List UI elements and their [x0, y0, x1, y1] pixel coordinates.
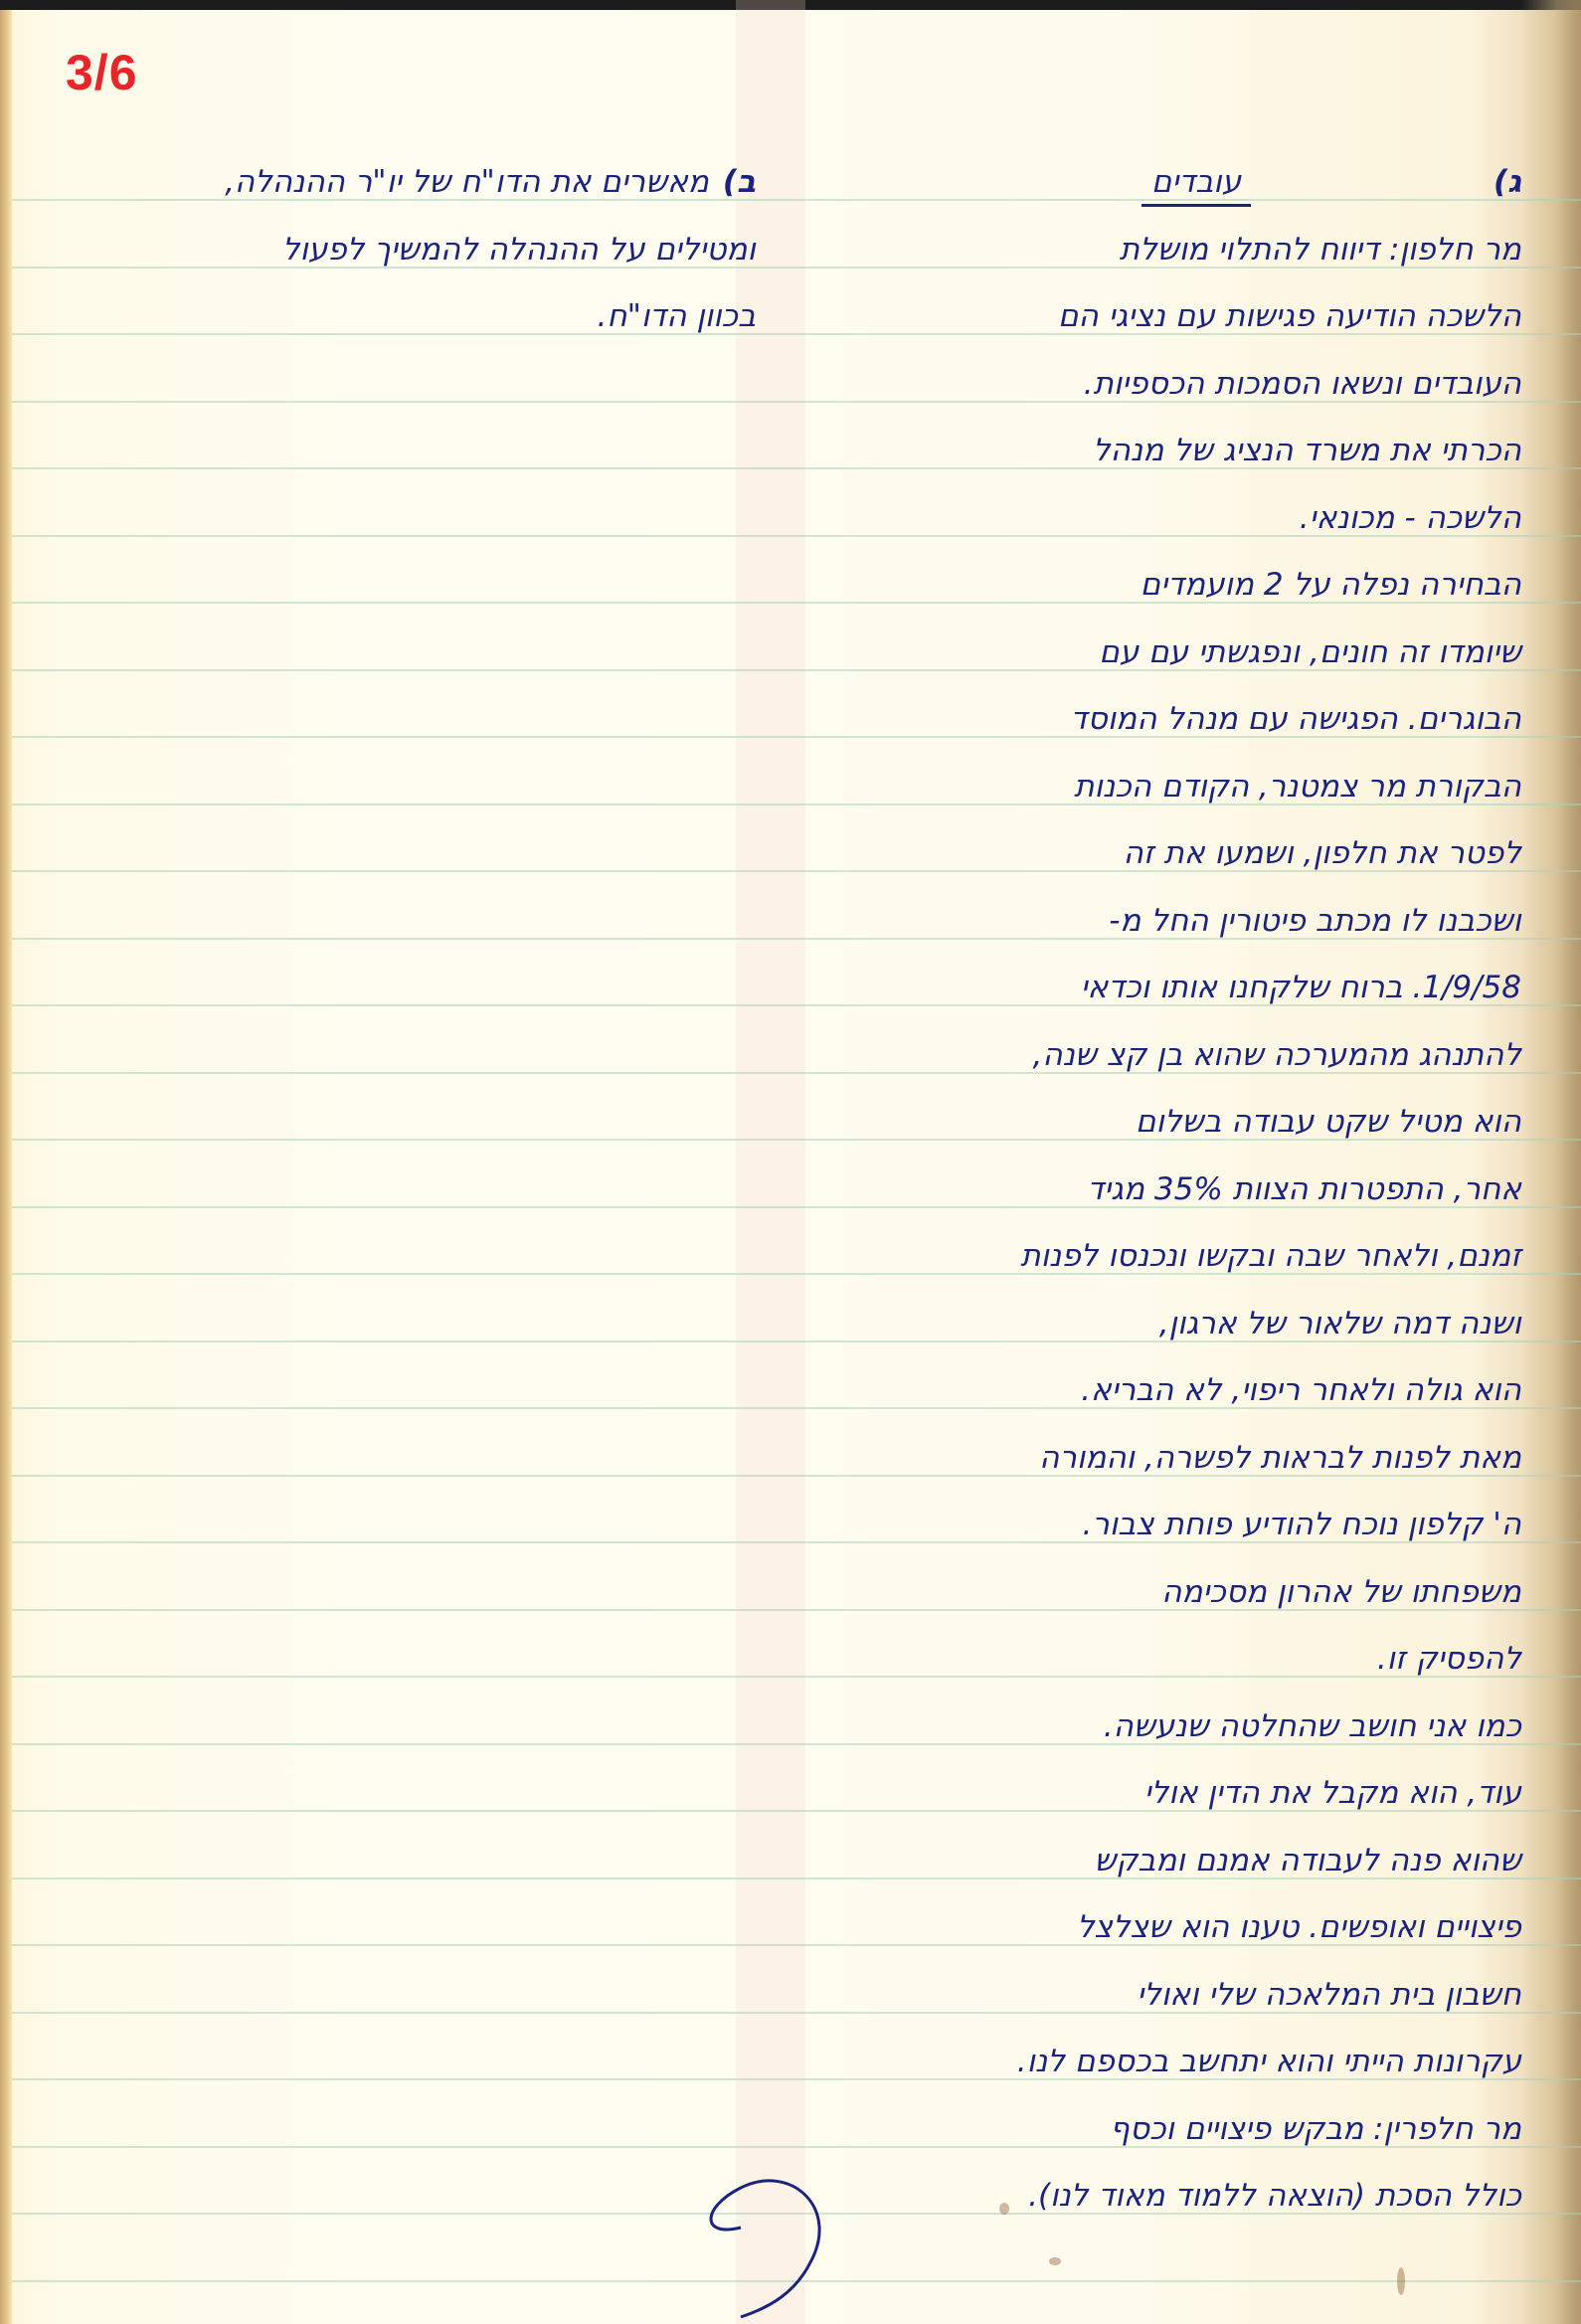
- text-line: הבקורת מר צמטנר, הקודם הכנות: [865, 754, 1521, 821]
- paper-stain: [1397, 2267, 1405, 2295]
- text-line: הוא מטיל שקט עבודה בשלום: [865, 1089, 1521, 1157]
- text-line: כולל הסכת (הוצאה ללמוד מאוד לנו).: [865, 2163, 1521, 2231]
- text-line: ב)מאשרים את הדו"ח של יו"ר ההנהלה,: [109, 149, 756, 217]
- text-line: שיומדו זה חונים, ונפגשתי עם עם: [865, 620, 1521, 687]
- text-line: לפטר את חלפון, ושמעו את זה: [865, 820, 1521, 888]
- paper-stain: [999, 2203, 1009, 2215]
- text-line: שהוא פנה לעבודה אמנם ומבקש: [865, 1828, 1521, 1895]
- text-line: להפסיק זו.: [865, 1626, 1521, 1694]
- left-column-text: ב)מאשרים את הדו"ח של יו"ר ההנהלה, ומטילי…: [109, 149, 756, 351]
- text-line: ושכבנו לו מכתב פיטורין החל מ-: [865, 888, 1521, 956]
- text-line: הכרתי את משרד הנציג של מנהל: [865, 418, 1521, 485]
- text-line-content: מאשרים את הדו"ח של יו"ר ההנהלה,: [225, 164, 709, 200]
- text-line: מאת לפנות לבראות לפשרה, והמורה: [865, 1425, 1521, 1493]
- text-line: בכוון הדו"ח.: [109, 283, 756, 351]
- page-number-label: 3/6: [66, 44, 138, 101]
- text-line: עוד, הוא מקבל את הדין אולי: [865, 1760, 1521, 1828]
- item-marker-gimel: ג): [1493, 164, 1521, 200]
- text-line: הלשכה הודיעה פגישות עם נציגי הם: [865, 283, 1521, 351]
- right-column-text: ג) עובדים מר חלפון: דיווח להתלוי מושלת ה…: [865, 149, 1521, 2231]
- signature-flourish-icon: [701, 2168, 850, 2324]
- text-line: העובדים ונשאו הסמכות הכספיות.: [865, 351, 1521, 419]
- text-line: עקרונות הייתי והוא יתחשב בכספם לנו.: [865, 2029, 1521, 2096]
- text-line: כמו אני חושב שהחלטה שנעשה.: [865, 1694, 1521, 1761]
- text-line: הוא גולה ולאחר ריפוי, לא הבריא.: [865, 1357, 1521, 1425]
- text-line: הבוגרים. הפגישה עם מנהל המוסד: [865, 686, 1521, 754]
- text-line: ושנה דמה שלאור של ארגון,: [865, 1291, 1521, 1358]
- text-line: חשבון בית המלאכה שלי ואולי: [865, 1962, 1521, 2030]
- page-edge-shadow: [1521, 0, 1581, 2324]
- paper-stain: [1049, 2257, 1061, 2265]
- section-heading: עובדים: [1142, 160, 1251, 207]
- text-line: מר חלפרין: מבקש פיצויים וכסף: [865, 2096, 1521, 2164]
- text-line: זמנם, ולאחר שבה ובקשו ונכנסו לפנות: [865, 1223, 1521, 1291]
- text-line: אחר, התפטרות הצוות 35% מגיד: [865, 1157, 1521, 1224]
- section-heading-line: ג) עובדים: [865, 149, 1521, 217]
- text-line: משפחתו של אהרון מסכימה: [865, 1559, 1521, 1627]
- text-line: ומטילים על ההנהלה להמשיך לפעול: [109, 217, 756, 284]
- scanned-page: 3/6 ב)מאשרים את הדו"ח של יו"ר ההנהלה, ומ…: [0, 0, 1581, 2324]
- notebook-binding-edge: [0, 10, 12, 2324]
- text-line: ה' קלפון נוכח להודיע פוחת צבור.: [865, 1492, 1521, 1559]
- text-line: להתנהג מהמערכה שהוא בן קצ שנה,: [865, 1022, 1521, 1090]
- text-line: פיצויים ואופשים. טענו הוא שצלצל: [865, 1894, 1521, 1962]
- item-marker-bet: ב): [723, 164, 756, 200]
- text-line: הבחירה נפלה על 2 מועמדים: [865, 552, 1521, 620]
- text-line: הלשכה - מכונאי.: [865, 485, 1521, 553]
- text-line: 1/9/58. ברוח שלקחנו אותו וכדאי: [865, 955, 1521, 1022]
- text-line: מר חלפון: דיווח להתלוי מושלת: [865, 217, 1521, 284]
